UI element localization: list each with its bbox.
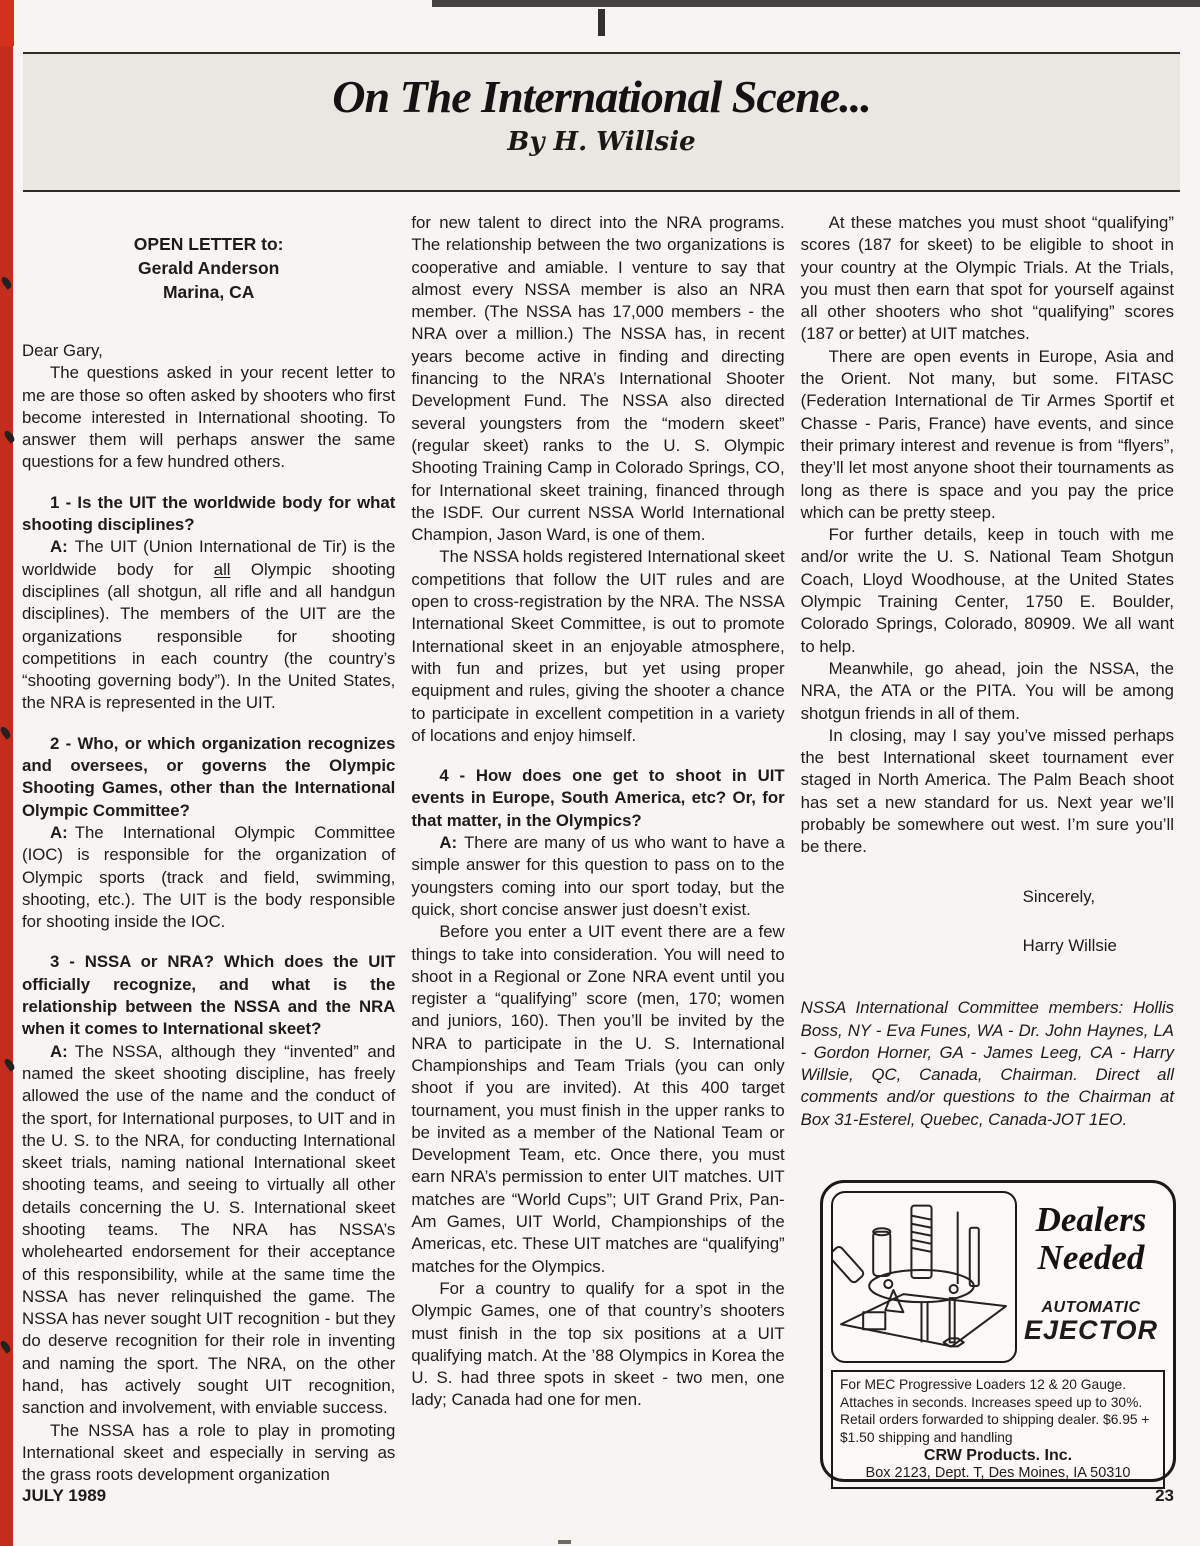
answer-text: Olympic shooting disciplines (all shotgu… [22,560,395,713]
ad-headline-line: Needed [1017,1239,1165,1277]
letterhead-line: OPEN LETTER to: [22,232,395,256]
committee-note: NSSA International Committee members: Ho… [801,997,1174,1131]
scan-top-band [432,0,1200,7]
page-edge-red-corner [0,0,14,46]
answer-3: A:The NSSA, although they “invented” and… [22,1041,395,1420]
press-drawing [833,1193,1014,1360]
underlined-word: all [214,560,231,579]
letterhead-line: Marina, CA [22,280,395,304]
reloading-press-illustration [831,1191,1017,1363]
answer-2: A:The International Olympic Committee (I… [22,822,395,933]
answer-label: A: [50,537,75,556]
crw-products-advertisement: Dealers Needed AUTOMATIC EJECTOR For MEC… [820,1180,1176,1482]
paragraph: Before you enter a UIT event there are a… [411,921,784,1278]
paragraph: For a country to qualify for a spot in t… [411,1278,784,1412]
answer-label: A: [50,823,75,842]
answer-text: The NSSA, although they “invented” and n… [22,1042,395,1418]
open-letter-heading: OPEN LETTER to: Gerald Anderson Marina, … [22,232,395,304]
paragraph: In closing, may I say you’ve missed perh… [801,725,1174,859]
salutation: Dear Gary, [22,340,395,362]
paragraph: At these matches you must shoot “qualify… [801,212,1174,346]
magazine-page: On The International Scene... By H. Will… [0,0,1200,1546]
paragraph: for new talent to direct into the NRA pr… [411,212,784,546]
article-byline: By H. Willsie [23,127,1180,157]
page-footer: JULY 1989 23 [22,1486,1174,1506]
paragraph: Meanwhile, go ahead, join the NSSA, the … [801,658,1174,725]
question-1-heading: 1 - Is the UIT the worldwide body for wh… [22,492,395,537]
letter-signature: Harry Willsie [801,935,1174,957]
ad-headline-line: Dealers [1017,1201,1165,1239]
footer-issue-date: JULY 1989 [22,1486,106,1506]
ad-headline-block: Dealers Needed AUTOMATIC EJECTOR [1017,1191,1165,1363]
answer-label: A: [439,833,464,852]
article-masthead: On The International Scene... By H. Will… [23,52,1180,192]
paragraph: The NSSA has a role to play in promoting… [22,1420,395,1487]
scan-artifact [598,9,605,36]
ad-body-text: For MEC Progressive Loaders 12 & 20 Gaug… [840,1377,1149,1445]
question-3-heading: 3 - NSSA or NRA? Which does the UIT offi… [22,951,395,1040]
footer-page-number: 23 [1155,1486,1174,1506]
letter-closing: Sincerely, [801,886,1174,908]
page-edge-red-strip [0,0,13,1546]
answer-4: A:There are many of us who want to have … [411,832,784,921]
column-1: OPEN LETTER to: Gerald Anderson Marina, … [22,212,395,1487]
ad-company-name: CRW Products. Inc. [840,1447,1156,1465]
ad-top-row: Dealers Needed AUTOMATIC EJECTOR [831,1191,1165,1363]
paragraph: The NSSA holds registered International … [411,546,784,747]
ad-company-address: Box 2123, Dept. T, Des Moines, IA 50310 [840,1465,1156,1483]
answer-text: The International Olympic Committee (IOC… [22,823,395,931]
scan-artifact [558,1540,571,1544]
ad-headline: Dealers Needed [1017,1201,1165,1277]
answer-1: A:The UIT (Union International de Tir) i… [22,536,395,714]
answer-text: There are many of us who want to have a … [411,833,784,919]
paragraph: For further details, keep in touch with … [801,524,1174,658]
ad-body-box: For MEC Progressive Loaders 12 & 20 Gaug… [831,1370,1165,1489]
paragraph: There are open events in Europe, Asia an… [801,346,1174,524]
ad-subhead-ejector: EJECTOR [1017,1317,1165,1344]
paragraph: The questions asked in your recent lette… [22,362,395,473]
letterhead-line: Gerald Anderson [22,256,395,280]
ad-subhead-automatic: AUTOMATIC [1017,1299,1165,1317]
question-4-heading: 4 - How does one get to shoot in UIT eve… [411,765,784,832]
column-2: for new talent to direct into the NRA pr… [411,212,784,1487]
article-title: On The International Scene... [23,70,1180,123]
question-2-heading: 2 - Who, or which organization recognize… [22,733,395,822]
answer-label: A: [50,1042,75,1061]
